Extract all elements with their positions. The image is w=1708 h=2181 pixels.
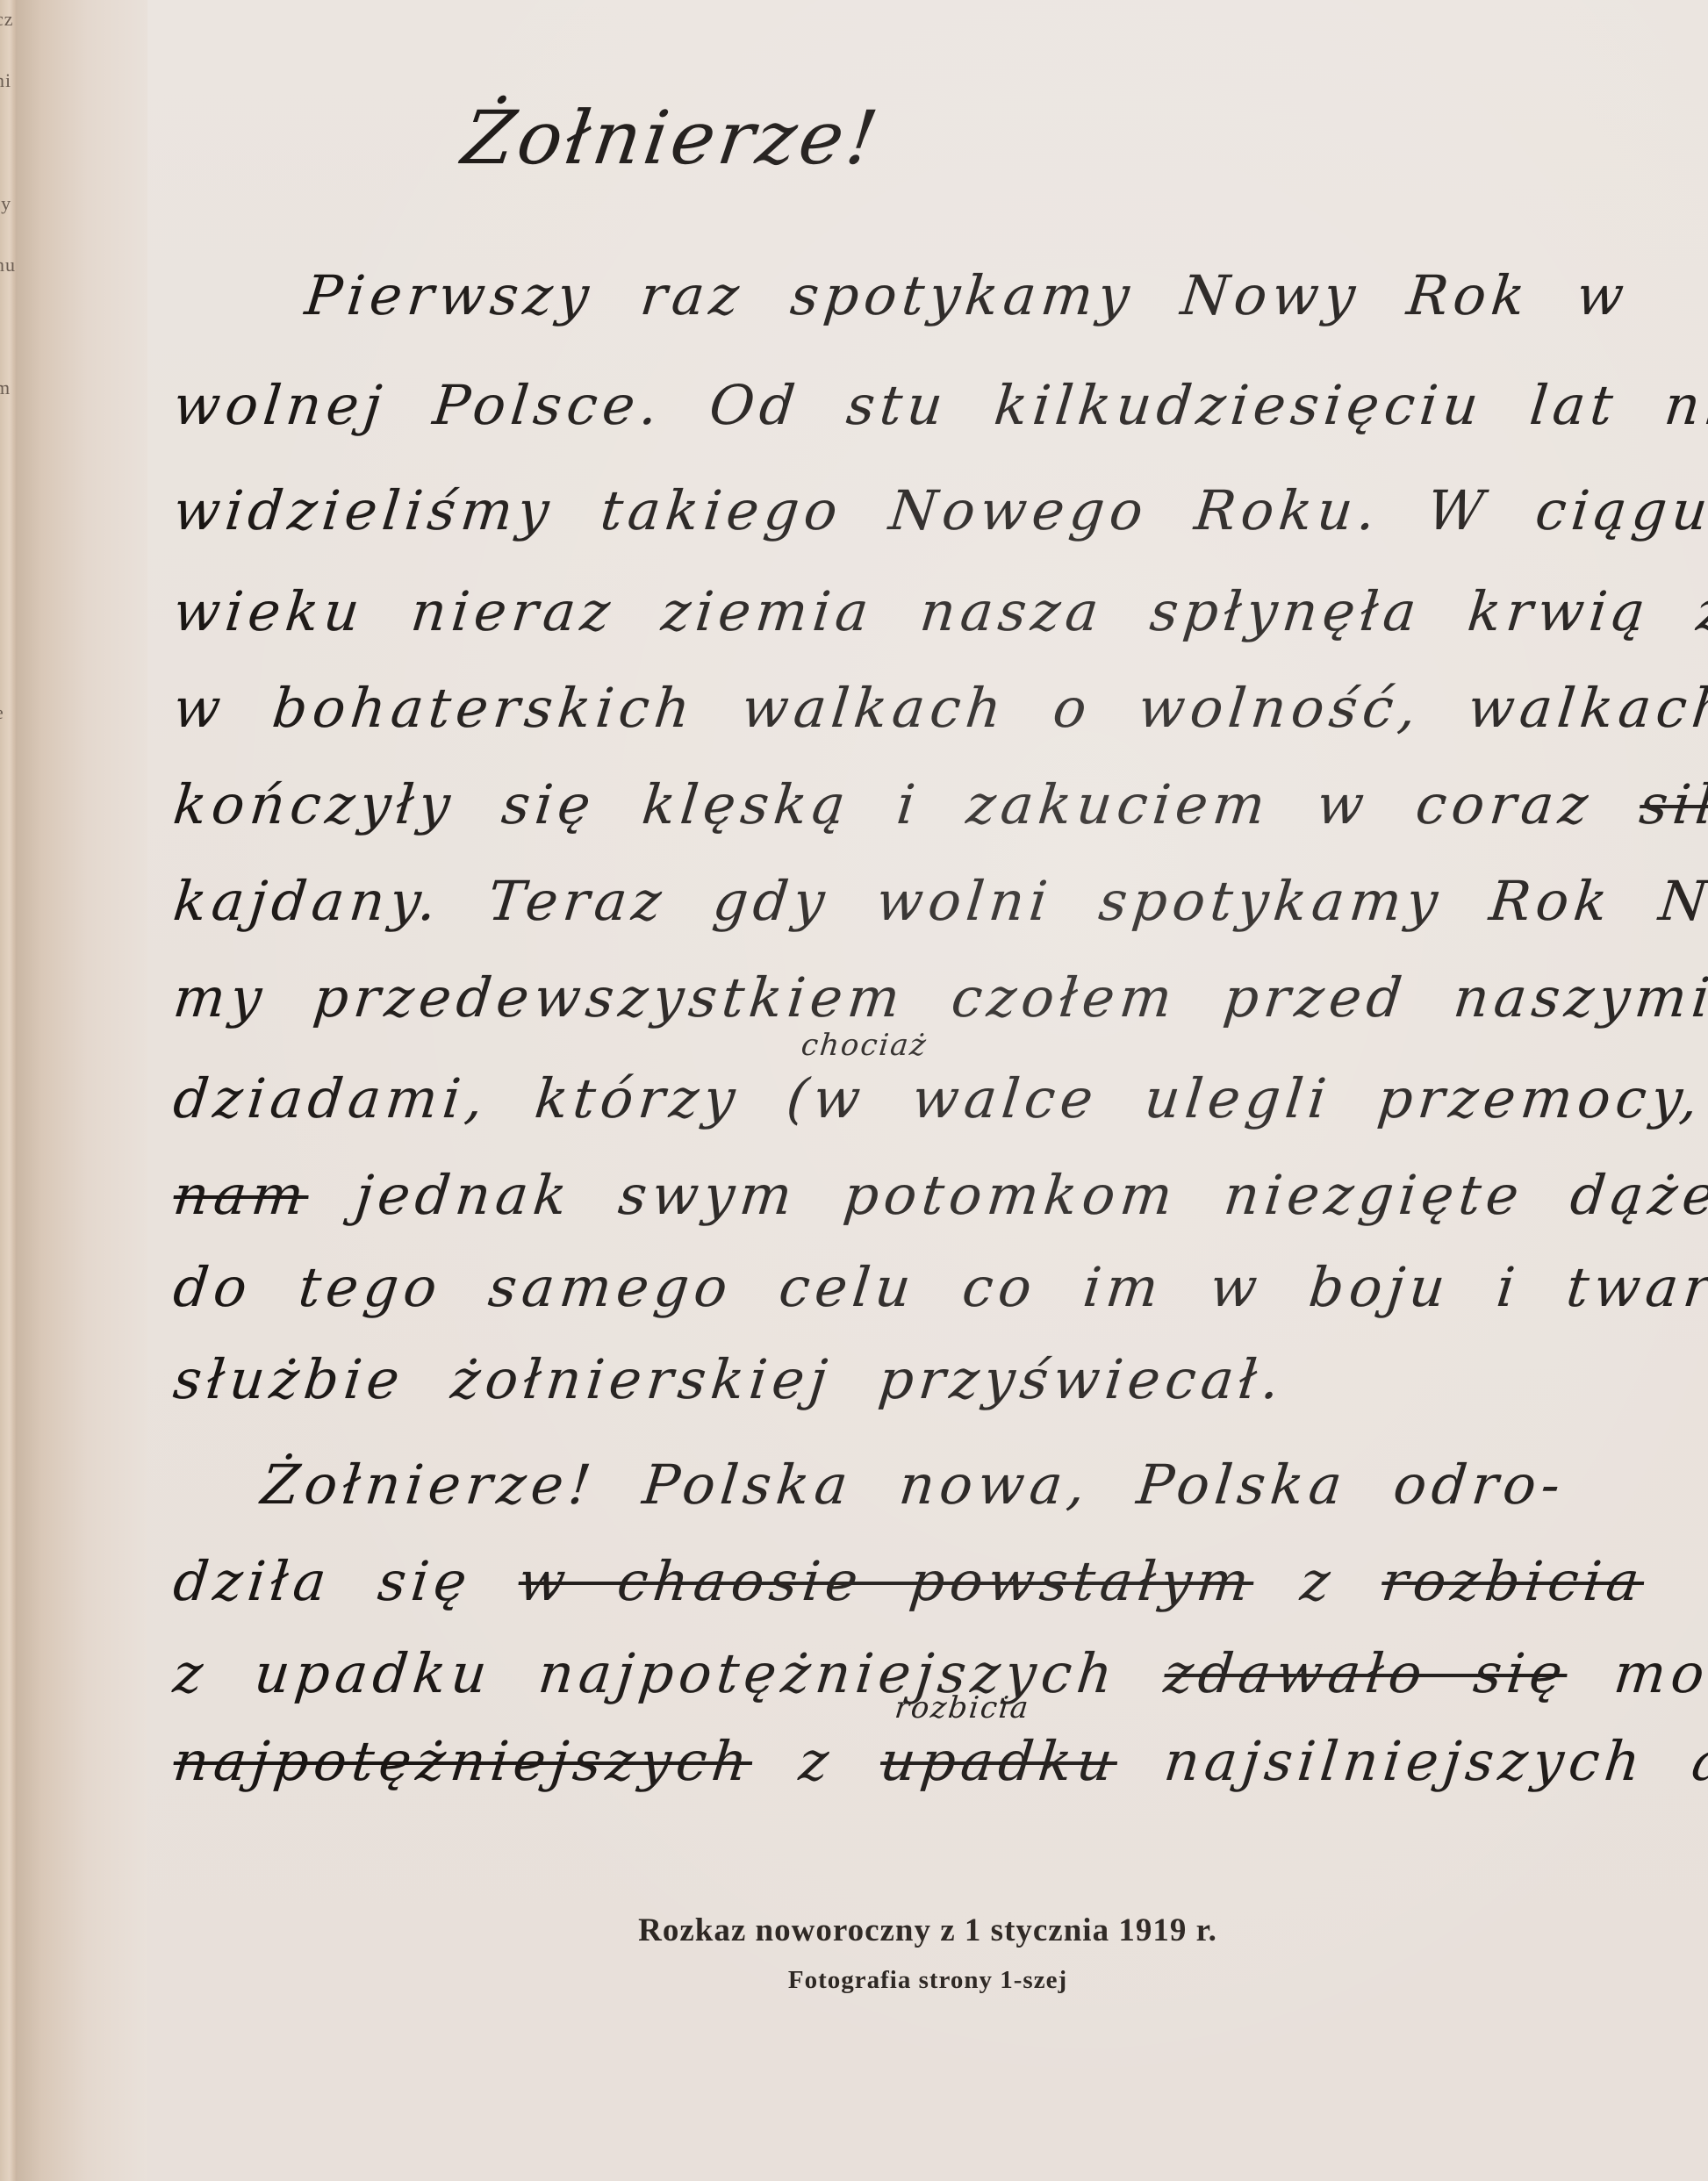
manuscript-line: Pierwszy raz spotykamy Nowy Rok w (170, 263, 1632, 327)
line-text: w bohaterskich walkach o wolność, walkac… (170, 676, 1708, 740)
inserted-word: rozbicia (893, 1690, 1032, 1725)
line-text: dziła się (170, 1549, 475, 1613)
line-text: kończyły się klęską i zakuciem w coraz (170, 772, 1596, 836)
line-text: my przedewszystkiem czołem przed naszymi… (170, 965, 1708, 1030)
previous-page-glyph: nu (0, 246, 16, 284)
manuscript-line: kończyły się klęską i zakuciem w coraz s… (170, 772, 1708, 836)
manuscript-line: my przedewszystkiem czołem przed naszymi… (170, 965, 1708, 1030)
struck-word: silniejsze (1637, 772, 1708, 836)
struck-word: nam (170, 1163, 312, 1227)
manuscript-line: dziła się w chaosie powstałym z rozbicia (170, 1549, 1647, 1613)
inserted-word: chociaż (800, 1028, 929, 1063)
struck-word: najpotężniejszych (170, 1729, 756, 1793)
manuscript-line: Żołnierze! Polska nowa, Polska odro- (170, 1453, 1568, 1517)
manuscript-line: nam jednak swym potomkom niezgięte dążen… (170, 1163, 1708, 1227)
line-text: dziadami, którzy (170, 1066, 743, 1130)
book-gutter (16, 0, 147, 2181)
line-text: wieku nieraz ziemia nasza spłynęła krwią… (170, 579, 1708, 643)
line-text: (w walce ulegli przemocy, przekazali (784, 1066, 1708, 1130)
manuscript-line: dziadami, którzy chociaż (w walce ulegli… (170, 1066, 1708, 1130)
line-text: do tego samego celu co im w boju i tward… (170, 1255, 1708, 1319)
manuscript-line: w bohaterskich walkach o wolność, walkac… (170, 676, 1708, 740)
caption-subtitle: Fotografia strony 1-szej (147, 1966, 1708, 1995)
line-text: jednak swym potomkom niezgięte dążenie (353, 1163, 1708, 1227)
previous-page-glyph: m (0, 369, 16, 407)
line-text: z (1297, 1549, 1338, 1613)
manuscript-line: do tego samego celu co im w boju i tward… (170, 1255, 1708, 1319)
line-text: Pierwszy raz spotykamy Nowy Rok w (302, 263, 1632, 327)
manuscript-line: kajdany. Teraz gdy wolni spotykamy Rok N… (170, 869, 1708, 933)
line-text: z (796, 1729, 836, 1793)
line-text: najsilniejszych armii. (1161, 1729, 1708, 1793)
previous-page-glyph: ty (0, 184, 16, 223)
line-text: mocarstw (1611, 1641, 1708, 1705)
struck-word: rozbicia (1379, 1549, 1647, 1613)
manuscript-heading: Żołnierze! (457, 95, 886, 181)
line-text: wolnej Polsce. Od stu kilkudziesięciu la… (170, 373, 1708, 437)
handwritten-manuscript-facsimile: Żołnierze! Pierwszy raz spotykamy Nowy R… (147, 0, 1708, 1799)
previous-page-edge: cz ni ł ty nu m e (0, 0, 16, 2181)
manuscript-line: widzieliśmy takiego Nowego Roku. W ciągu… (170, 478, 1708, 542)
previous-page-glyph: cz (0, 0, 16, 39)
struck-word: upadku (878, 1729, 1121, 1793)
struck-word: zdawało się (1161, 1641, 1571, 1705)
manuscript-line: wieku nieraz ziemia nasza spłynęła krwią… (170, 579, 1708, 643)
manuscript-line: wolnej Polsce. Od stu kilkudziesięciu la… (170, 373, 1708, 437)
line-text: służbie żołnierskiej przyświecał. (170, 1347, 1288, 1411)
manuscript-line: najpotężniejszych z rozbicia upadku najs… (170, 1729, 1708, 1793)
interlinear-insertion: rozbicia upadku (878, 1729, 1121, 1793)
previous-page-glyph: ni (0, 61, 16, 100)
interlinear-insertion: chociaż (w walce ulegli przemocy, przeka… (784, 1066, 1708, 1130)
line-text: widzieliśmy takiego Nowego Roku. W ciągu… (170, 478, 1708, 542)
previous-page-glyph: e (0, 693, 16, 732)
line-text: kajdany. Teraz gdy wolni spotykamy Rok N… (170, 869, 1708, 933)
line-text: Żołnierze! Polska nowa, Polska odro- (258, 1453, 1568, 1517)
book-page: Żołnierze! Pierwszy raz spotykamy Nowy R… (147, 0, 1708, 2181)
struck-word: w chaosie powstałym (515, 1549, 1257, 1613)
manuscript-line: służbie żołnierskiej przyświecał. (170, 1347, 1288, 1411)
previous-page-glyph: ł (0, 123, 16, 161)
caption-title: Rozkaz noworoczny z 1 stycznia 1919 r. (147, 1912, 1708, 1949)
